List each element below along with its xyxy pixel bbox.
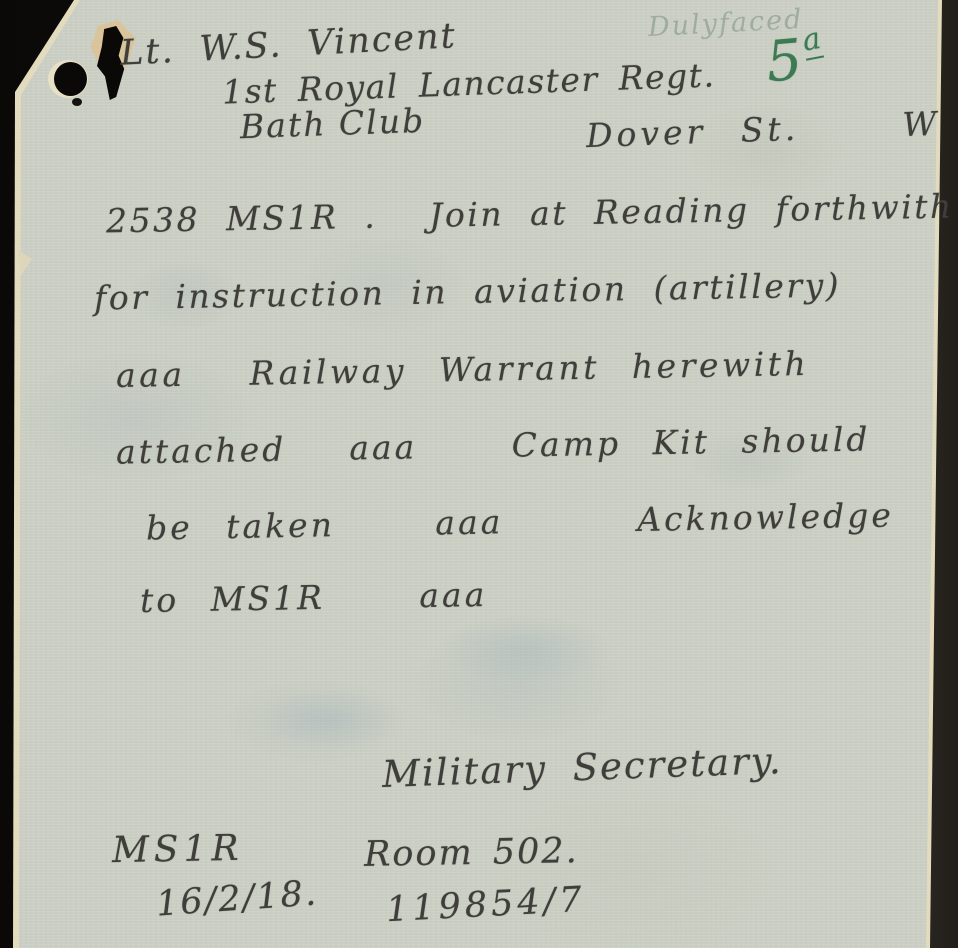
- address-line-club: Bath Club: [239, 103, 425, 146]
- body-line-6: to MS1R aaa: [140, 577, 488, 619]
- green-file-number: 5a: [763, 22, 824, 92]
- punch-hole: [54, 62, 87, 96]
- green-number: 5: [764, 27, 805, 95]
- footer-room: Room 502.: [364, 832, 579, 874]
- scanned-document: Dulyfaced 5a Lt. W.S. Vincent 1st Royal …: [0, 0, 958, 948]
- torn-speck: [72, 98, 82, 106]
- footer-office: MS1R: [112, 829, 244, 871]
